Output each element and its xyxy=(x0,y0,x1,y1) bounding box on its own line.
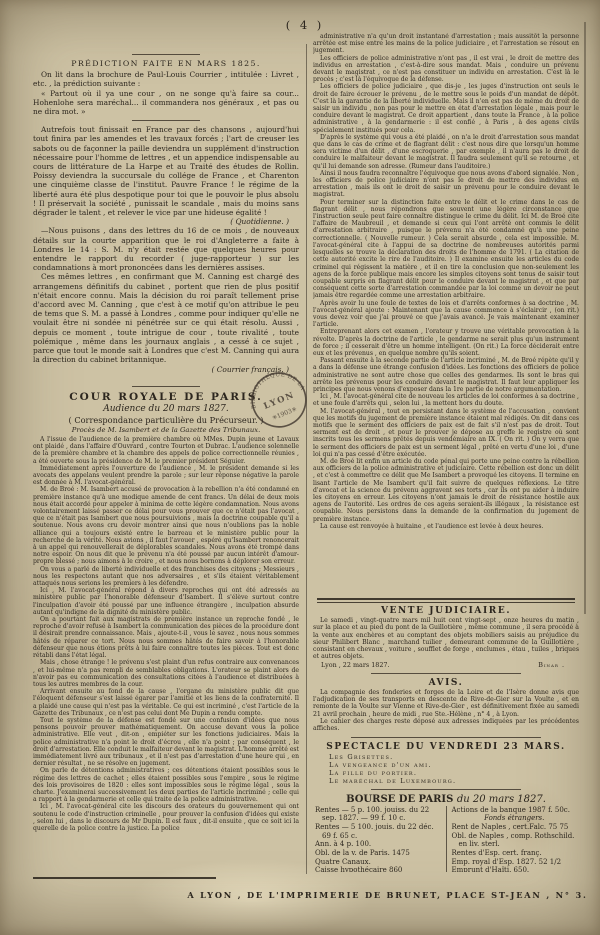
stamp-number: ✳1903✳ xyxy=(271,406,298,422)
paragraph: Tout le système de la défense est fondé … xyxy=(33,717,299,767)
paragraph: Autrefois tout finissait en France par d… xyxy=(33,125,299,217)
section-rule xyxy=(371,789,521,790)
bourse-quote: Ann. à 4 p. 100. xyxy=(313,840,443,849)
section-rule xyxy=(132,120,200,121)
vente-date: Lyon , 22 mars 1827. xyxy=(321,661,390,669)
bourse-quote: Rentes d'Esp. cert. franç. xyxy=(450,849,580,858)
paragraph: Ici , M. l'avocat-général répond à diver… xyxy=(33,587,299,616)
section-rule xyxy=(351,737,541,738)
bourse-heading: BOURSE DE PARIS du 20 mars 1827. xyxy=(313,794,579,805)
bourse-subheading: Fonds étrangers. xyxy=(450,814,580,823)
bourse-title: BOURSE DE PARIS xyxy=(346,794,453,805)
bourse-right-column: Actions de la banque 1987 f. 50c. Fonds … xyxy=(447,806,580,872)
paragraph: D'après le système qui vous a été plaidé… xyxy=(313,134,579,170)
bourse-quote: Rentes — 5 100. jouis. du 22 déc. 69 f. … xyxy=(313,823,443,840)
paragraph: On parle de détentions administratives ;… xyxy=(33,767,299,803)
bourse-quote: Rentes — 5 p. 100. jouiss. du 22 sep. 18… xyxy=(313,806,443,823)
paragraph: Le samedi , vingt-quatre mars mil huit c… xyxy=(313,617,579,661)
paragraph: Passant ensuite à la seconde partie de l… xyxy=(313,357,579,393)
paragraph: Après avoir lu une foule de textes de lo… xyxy=(313,300,579,329)
paragraph: Arrivant ensuite au fond de la cause , l… xyxy=(33,688,299,717)
right-column-bottom: VENTE JUDICIAIRE. Le samedi , vingt-quat… xyxy=(313,598,579,872)
right-column-court: administrative n'a qu'un droit instantan… xyxy=(313,33,579,596)
bourse-left-column: Rentes — 5 p. 100. jouiss. du 22 sep. 18… xyxy=(313,806,447,872)
paragraph: « Partout où il ya une cour , on ne song… xyxy=(33,89,299,117)
play-title: La vengeance d'un ami. xyxy=(329,761,579,769)
avis-heading: AVIS. xyxy=(313,678,579,688)
bourse-quote: Rent de Naples , cert.Falc. 75 75 xyxy=(450,823,580,832)
bourse-quote: Quatre Canaux. xyxy=(313,858,443,867)
cour-royale-section: COUR ROYALE DE PARIS. Audience du 20 mar… xyxy=(33,382,299,872)
play-title: Le maréchal de Luxembourg. xyxy=(329,777,579,785)
paragraph: Pour terminer sur la distinction faite e… xyxy=(313,199,579,300)
vente-heading: VENTE JUDICIAIRE. xyxy=(313,606,579,616)
paragraph: La cause est renvoyée à huitaine , et l'… xyxy=(313,523,579,530)
paragraph: Ces mêmes lettres , en confirmant que M.… xyxy=(33,272,299,364)
bourse-date: du 20 mars 1827. xyxy=(457,794,546,805)
paragraph: M. l'avocat-général , tout en persistant… xyxy=(313,408,579,458)
paragraph: Ainsi il nous faudra reconnaître l'équiv… xyxy=(313,170,579,199)
bourse-quote: Obl. de Naples , comp. Rothschild. en li… xyxy=(450,832,580,849)
paragraph: Ici , M. l'avocat-général cite les disco… xyxy=(33,803,299,832)
section-rule xyxy=(132,386,200,387)
prediction-heading: PRÉDICTION FAITE EN MARS 1825. xyxy=(33,59,299,68)
bourse-quote: Caisse hypothécaire 860 xyxy=(313,866,443,872)
page-edge-line xyxy=(584,22,586,614)
paragraph: M. de Broé : M. Isambert accusé de provo… xyxy=(33,486,299,565)
paragraph: Immédiatement après l'ouverture de l'aud… xyxy=(33,465,299,487)
paragraph: M. de Broé lit enfin un article du code … xyxy=(313,458,579,523)
column-end-rule xyxy=(33,877,216,879)
play-title: La fille du portier. xyxy=(329,769,579,777)
paragraph: On vous a parlé de liberté individuelle … xyxy=(33,566,299,588)
column-divider xyxy=(306,44,307,874)
paragraph: On lit dans la brochure de Paul-Louis Co… xyxy=(33,70,299,88)
cour-body: A l'issue de l'audience de la première c… xyxy=(33,436,299,832)
paragraph: Les officiers de police administrative n… xyxy=(313,55,579,84)
attribution: ( Quotidienne. ) xyxy=(33,217,299,226)
bourse-quote: Emprunt d'Haïti. 650. xyxy=(450,866,580,872)
paragraph: Le cahier des charges reste déposé aux a… xyxy=(313,718,579,733)
paragraph: —Nous puisons , dans des lettres du 16 d… xyxy=(33,226,299,272)
bourse-quote: Emp. royal d'Esp. 1827. 52 1/2 xyxy=(450,858,580,867)
page-number: ( 4 ) xyxy=(0,18,600,32)
double-rule xyxy=(317,598,575,603)
section-rule xyxy=(371,673,521,674)
vente-signature: Binar . xyxy=(538,661,565,669)
paragraph: administrative n'a qu'un droit instantan… xyxy=(313,33,579,55)
bourse-table: Rentes — 5 p. 100. jouiss. du 22 sep. 18… xyxy=(313,806,579,872)
paragraph: Entreprenant alors cet examen , l'orateu… xyxy=(313,328,579,357)
newspaper-page: ( 4 ) PRÉDICTION FAITE EN MARS 1825. On … xyxy=(0,0,600,935)
paragraph: La compagnie des fonderies et forges de … xyxy=(313,689,579,718)
paragraph: Mais , chose étrange ! le prévenu s'est … xyxy=(33,659,299,688)
vente-signature-row: Lyon , 22 mars 1827. Binar . xyxy=(313,661,579,669)
section-rule xyxy=(132,54,200,55)
paragraph: Ici , M. l'avocat-général cite de nouvea… xyxy=(313,393,579,407)
bourse-quote: Obl. de la v. de Paris. 1475 xyxy=(313,849,443,858)
paragraph: On a pourtant fait aux magistrats de pre… xyxy=(33,616,299,659)
imprint-footer: A LYON , DE L'IMPRIMERIE DE BRUNET, PLAC… xyxy=(185,890,590,900)
paragraph: Les officiers de police judiciaire , que… xyxy=(313,83,579,133)
left-column-top: PRÉDICTION FAITE EN MARS 1825. On lit da… xyxy=(33,50,299,382)
spectacle-heading: SPECTACLE DU VENDREDI 23 MARS. xyxy=(313,742,579,752)
play-title: Les Grisettes. xyxy=(329,753,579,761)
spectacle-list: Les Grisettes. La vengeance d'un ami. La… xyxy=(313,753,579,785)
bourse-quote: Actions de la banque 1987 f. 50c. xyxy=(450,806,580,815)
